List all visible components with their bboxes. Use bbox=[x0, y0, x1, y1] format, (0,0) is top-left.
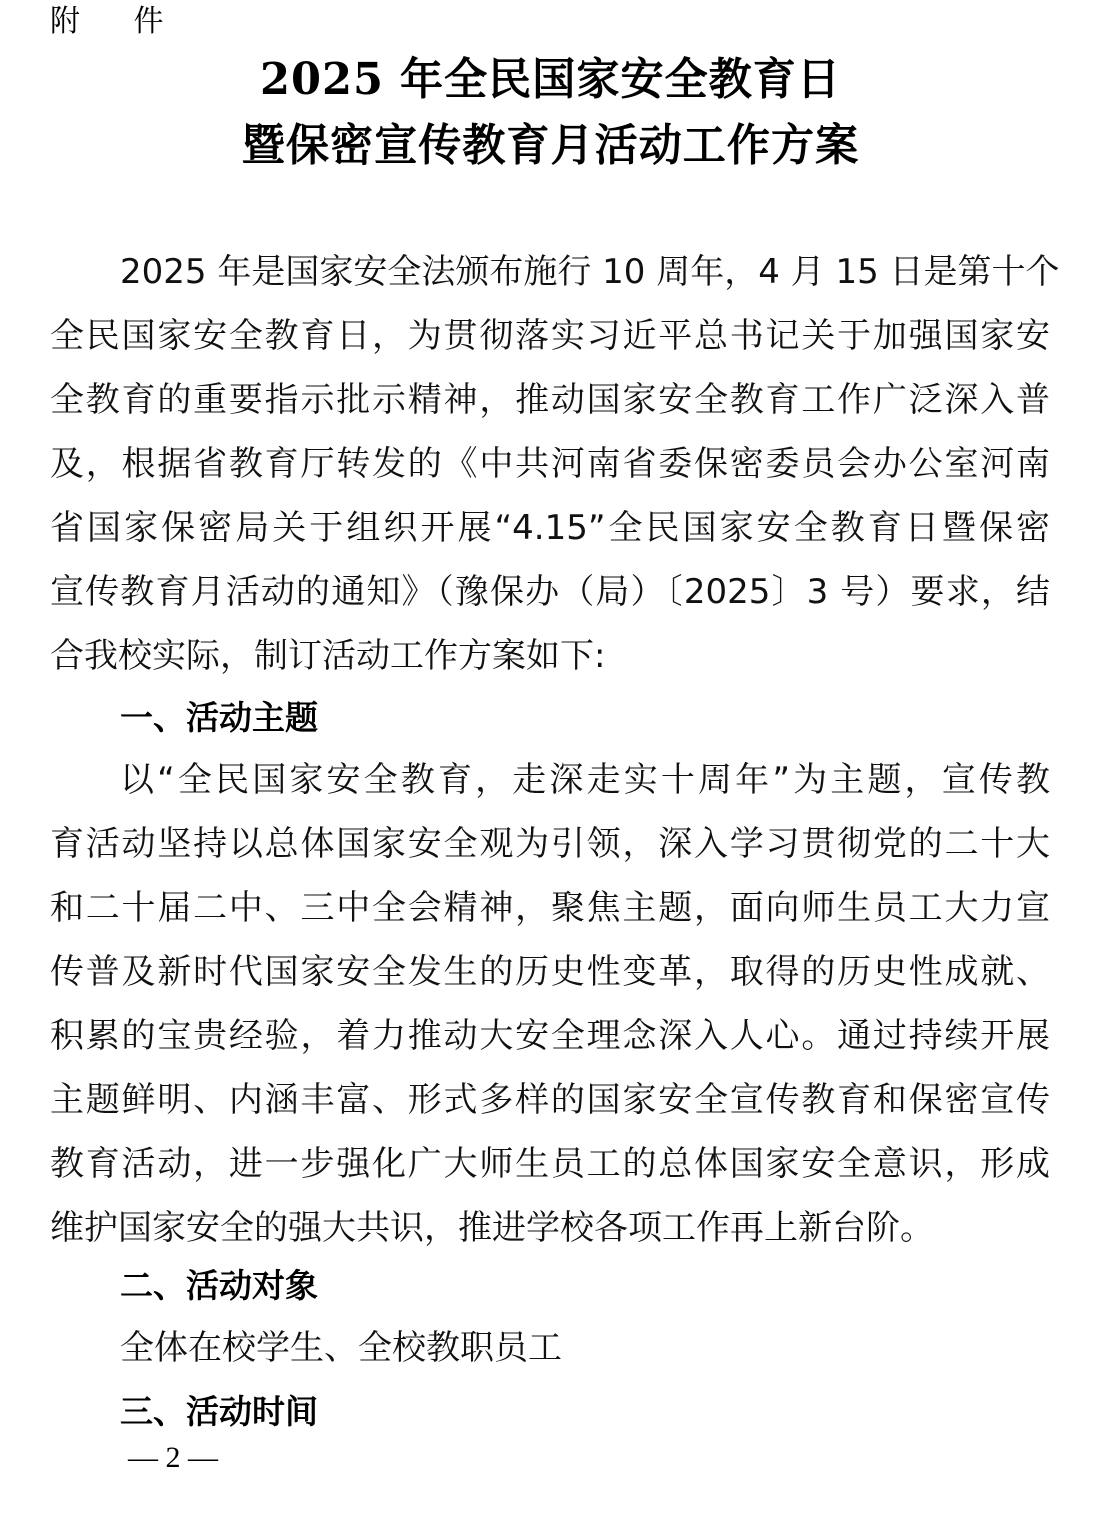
paragraph-line: 及，根据省教育厅转发的《中共河南省委保密委员会办公室河南 bbox=[50, 442, 1050, 486]
paragraph-line: 传普及新时代国家安全发生的历史性变革，取得的历史性成就、 bbox=[50, 950, 1050, 994]
paragraph-line: 全民国家安全教育日，为贯彻落实习近平总书记关于加强国家安 bbox=[50, 314, 1050, 358]
paragraph-line: 以“全民国家安全教育，走深走实十周年”为主题，宣传教 bbox=[120, 758, 1050, 802]
paragraph-line: 维护国家安全的强大共识，推进学校各项工作再上新台阶。 bbox=[50, 1206, 1050, 1250]
paragraph-line: 教育活动，进一步强化广大师生员工的总体国家安全意识，形成 bbox=[50, 1142, 1050, 1186]
paragraph-line: 宣传教育月活动的通知》（豫保办（局）〔2025〕3 号）要求，结 bbox=[50, 570, 1050, 614]
attachment-label: 附 件 bbox=[50, 2, 186, 42]
section-heading: 二、活动对象 bbox=[120, 1264, 318, 1308]
paragraph-line: 省国家保密局关于组织开展“4.15”全民国家安全教育日暨保密 bbox=[50, 506, 1050, 550]
paragraph-line: 育活动坚持以总体国家安全观为引领，深入学习贯彻党的二十大 bbox=[50, 822, 1050, 866]
paragraph-line: 全体在校学生、全校教职员工 bbox=[120, 1326, 562, 1370]
document-title-line-1: 2025 年全民国家安全教育日 bbox=[11, 52, 1090, 108]
page-number: — 2 — bbox=[128, 1441, 218, 1475]
paragraph-line: 积累的宝贵经验，着力推动大安全理念深入人心。通过持续开展 bbox=[50, 1014, 1050, 1058]
paragraph-line: 2025 年是国家安全法颁布施行 10 周年，4 月 15 日是第十个 bbox=[120, 250, 1050, 294]
paragraph-line: 主题鲜明、内涵丰富、形式多样的国家安全宣传教育和保密宣传 bbox=[50, 1078, 1050, 1122]
document-title-line-2: 暨保密宣传教育月活动工作方案 bbox=[11, 118, 1090, 174]
paragraph-line: 和二十届二中、三中全会精神，聚焦主题，面向师生员工大力宣 bbox=[50, 886, 1050, 930]
section-heading: 三、活动时间 bbox=[120, 1390, 318, 1434]
section-heading: 一、活动主题 bbox=[120, 696, 318, 740]
paragraph-line: 全教育的重要指示批示精神，推动国家安全教育工作广泛深入普 bbox=[50, 378, 1050, 422]
paragraph-line: 合我校实际，制订活动工作方案如下: bbox=[50, 634, 1050, 678]
document-page: 附 件 2025 年全民国家安全教育日 暨保密宣传教育月活动工作方案 2025 … bbox=[0, 0, 1101, 1524]
